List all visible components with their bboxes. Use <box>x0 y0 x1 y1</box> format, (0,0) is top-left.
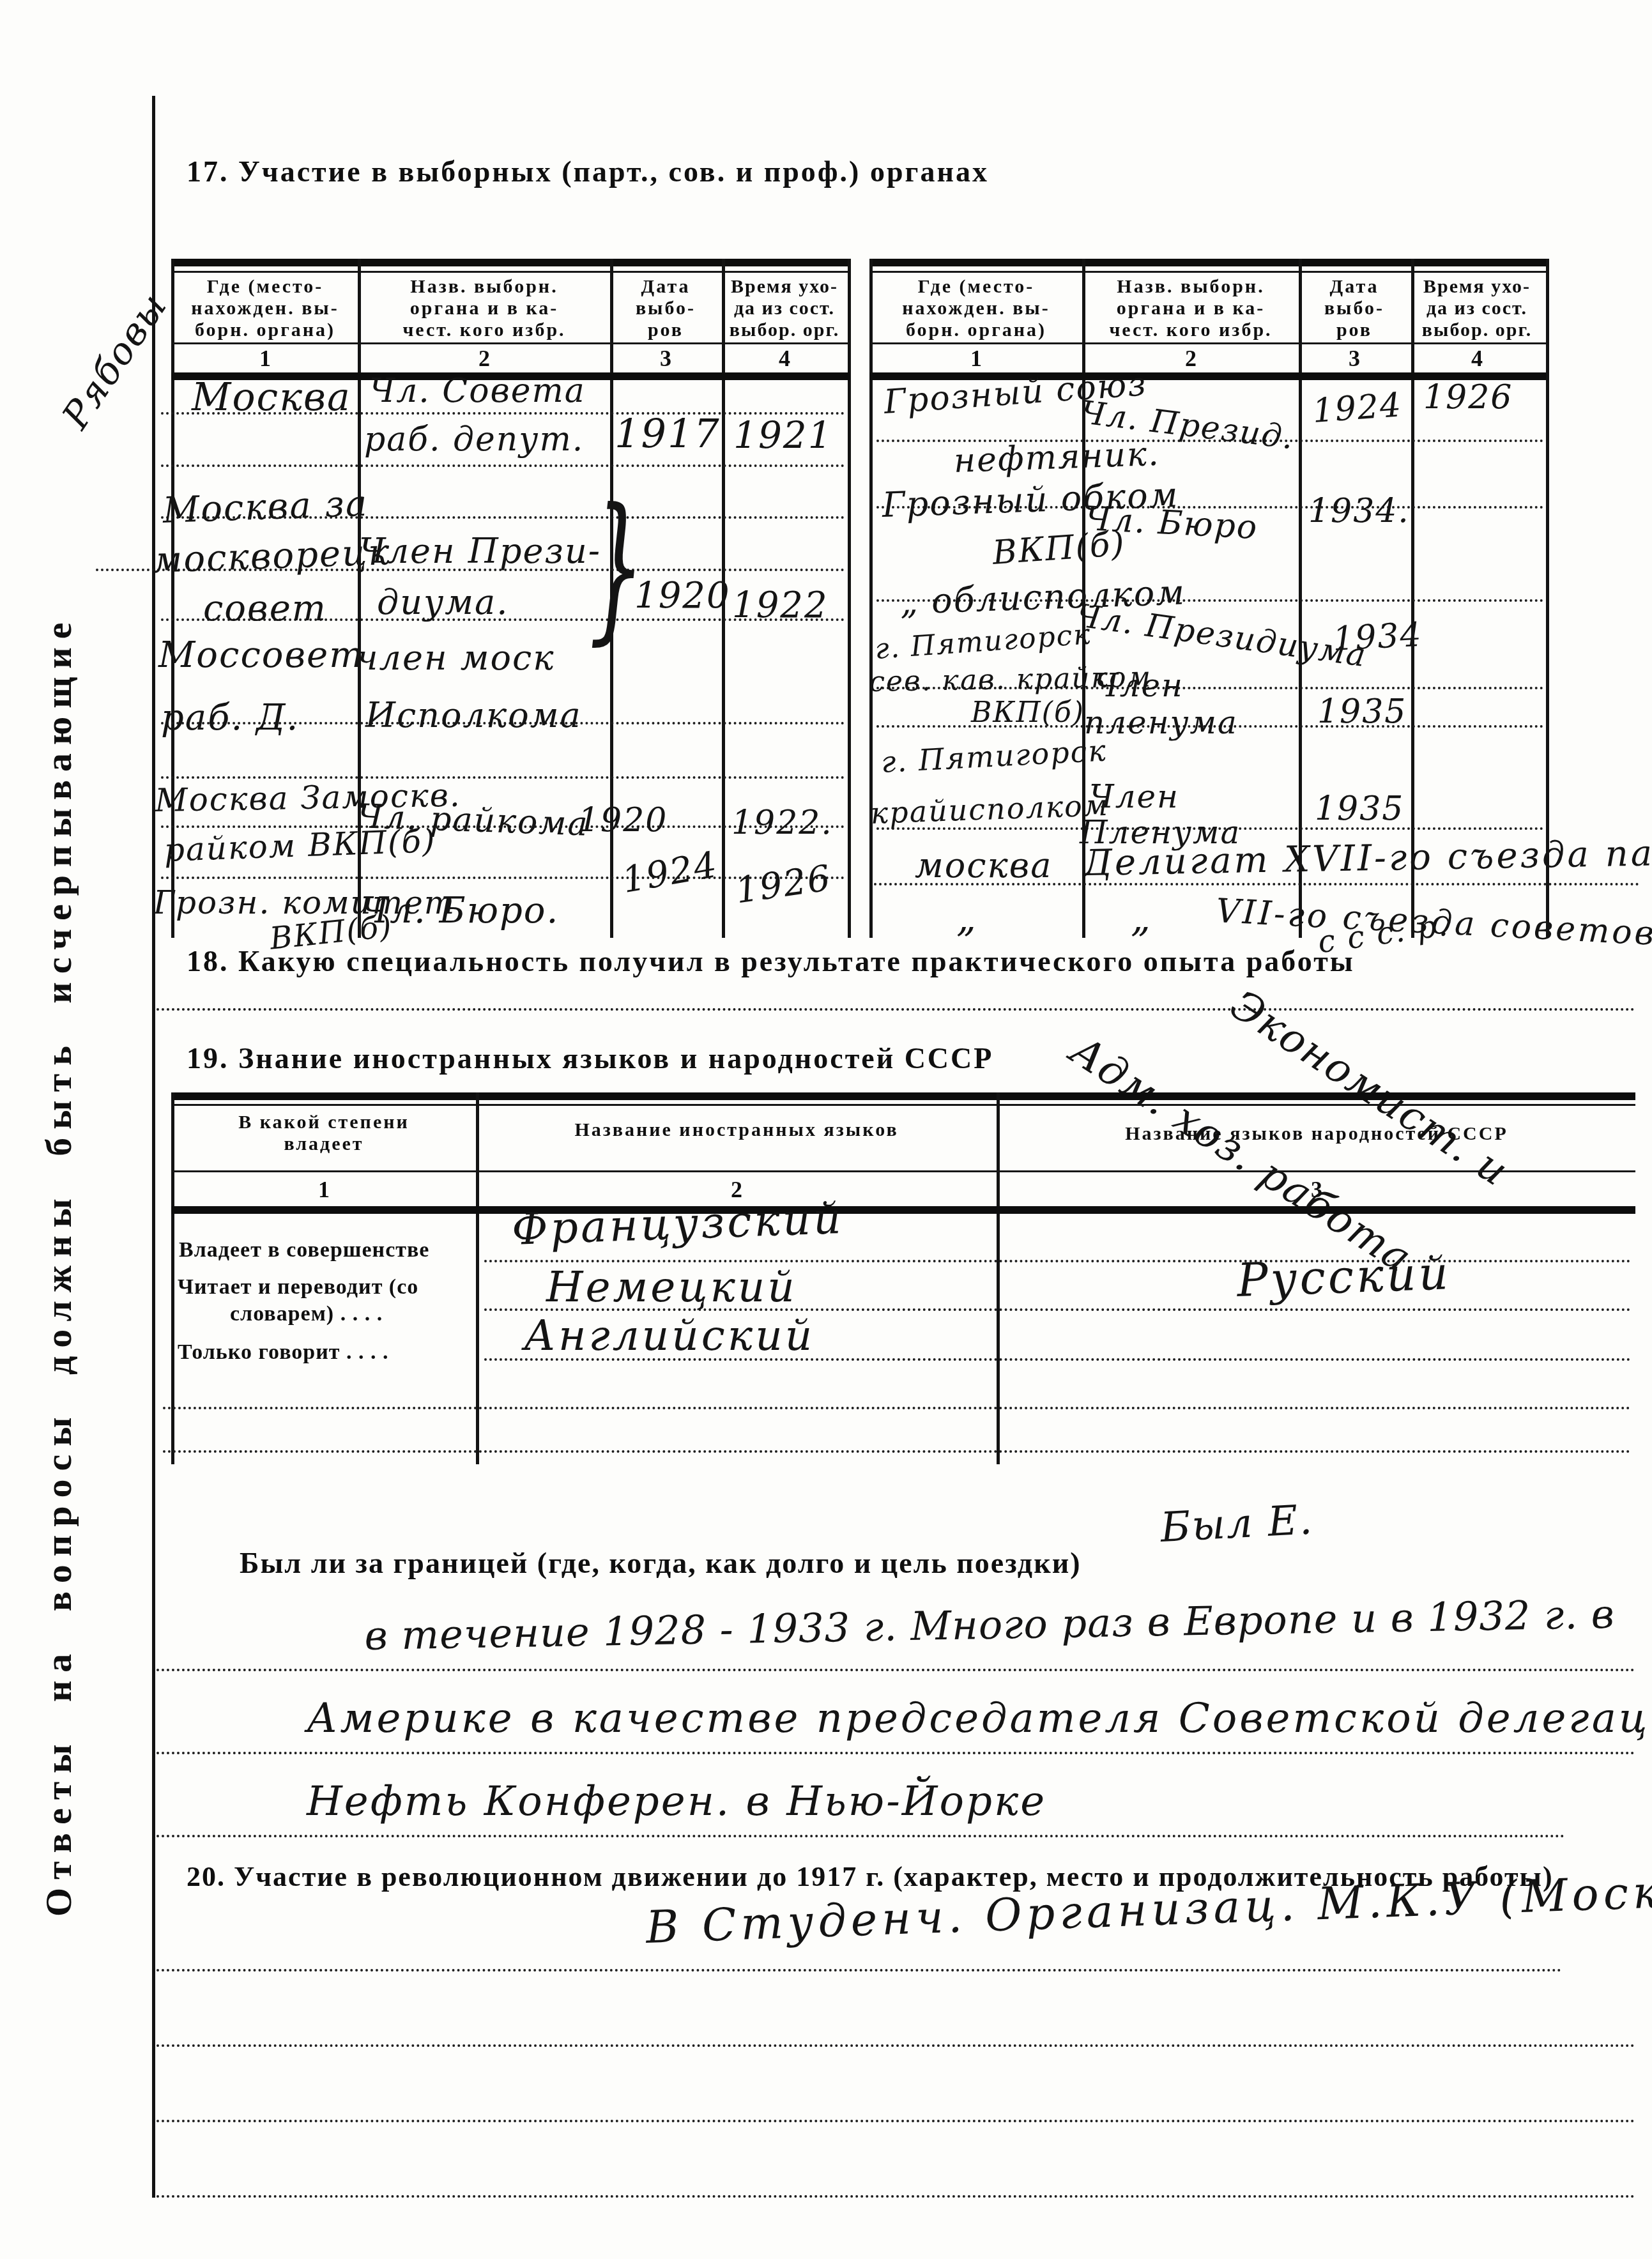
rule <box>157 1008 1635 1011</box>
language-entry-english: Английский <box>524 1315 815 1357</box>
t19-colnum-1: 1 <box>175 1177 473 1203</box>
scanned-form-page: Ответы на вопросы должны быть исчерпываю… <box>0 0 1652 2259</box>
degree-label-3: Только говорит . . . . <box>178 1340 388 1365</box>
entry-r4-role-a: Член <box>1094 670 1184 701</box>
entry-l4-date: 1920 <box>578 804 668 837</box>
t17l-colnum-3: 3 <box>612 346 719 372</box>
entry-r4-role-b: пленума <box>1084 707 1238 739</box>
rule <box>171 259 850 266</box>
degree-label-1: Владеет в совершенстве <box>179 1238 429 1262</box>
t19-colnum-3: 3 <box>1000 1177 1633 1203</box>
entry-r2-role: Чл. Бюро <box>1084 502 1258 544</box>
entry-r6-role: Делигат XVII-го съезда партии <box>1083 834 1652 882</box>
t17l-colnum-2: 2 <box>362 346 607 372</box>
entry-r6-place: москва <box>915 848 1052 883</box>
entry-r7-role: „ <box>1131 900 1152 938</box>
ussr-language-entry: Русский <box>1236 1250 1451 1303</box>
entry-r4-place-c: ВКП(б) <box>971 699 1085 727</box>
entry-r5-date: 1935 <box>1315 792 1404 825</box>
entry-l3-place-b: раб. Д. <box>161 700 299 736</box>
entry-l1-place: Москва <box>192 378 351 417</box>
section19-title: 19. Знание иностранных языков и народнос… <box>187 1041 993 1075</box>
brace-mark: } <box>589 487 646 647</box>
t19-header-col3: Название языков народностей СССР <box>1000 1123 1633 1145</box>
entry-l2-role-a: Член Прези- <box>359 534 601 569</box>
abroad-question: Был ли за границей (где, когда, как долг… <box>240 1546 1081 1580</box>
t17r-header-col1: Где (место- нахожден. вы- борн. органа) <box>873 276 1079 342</box>
entry-l1-date: 1917 <box>615 414 721 454</box>
t17r-colnum-3: 3 <box>1301 346 1408 372</box>
entry-l1-role-b: раб. депут. <box>364 423 584 456</box>
entry-r2-date: 1934. <box>1308 494 1410 528</box>
language-entry-german: Немецкий <box>546 1266 797 1308</box>
degree-label-2b: словарем) . . . . <box>230 1302 383 1326</box>
t17r-header-col2: Назв. выборн. органа и в ка- чест. кого … <box>1086 276 1296 342</box>
entry-l2-place-b: москворецк <box>152 535 391 579</box>
entry-l3-role-b: Исполкома <box>365 698 582 733</box>
margin-vertical-note: Ответы на вопросы должны быть исчерпываю… <box>37 615 80 1917</box>
rule <box>157 1969 1562 1972</box>
t19-header-col2: Название иностранных языков <box>480 1119 993 1141</box>
rule <box>171 1170 1635 1172</box>
entry-l3-place-a: Моссовет <box>158 638 364 673</box>
rule <box>157 1669 1635 1671</box>
margin-handwritten-name: Рябовы <box>56 286 173 434</box>
abroad-answer-line3: Нефть Конферен. в Нью-Йорке <box>307 1781 1046 1822</box>
rule <box>157 2195 1635 2198</box>
entry-l5-date: 1924 <box>620 847 721 899</box>
entry-r5-place-a: г. Пятигорск <box>880 735 1108 776</box>
rule <box>171 1104 1635 1106</box>
t17r-colnum-1: 1 <box>873 346 1079 372</box>
entry-l5-leave: 1926 <box>733 861 834 909</box>
t17l-header-col4: Время ухо- да из сост. выбор. орг. <box>724 276 845 342</box>
rule <box>848 259 851 938</box>
entry-l2-leave: 1922 <box>732 588 829 624</box>
margin-rule <box>152 96 155 2198</box>
rule <box>157 1835 1565 1837</box>
section18-title: 18. Какую специальность получил в резуль… <box>187 944 1355 978</box>
entry-l2-date: 1920 <box>634 578 731 614</box>
entry-r3-date: 1934 <box>1332 618 1423 656</box>
t17l-header-col2: Назв. выборн. органа и в ка- чест. кого … <box>362 276 607 342</box>
t17l-colnum-4: 4 <box>724 346 845 372</box>
degree-label-2a: Читает и переводит (со <box>178 1275 418 1299</box>
rule <box>161 464 845 467</box>
t17r-colnum-4: 4 <box>1413 346 1541 372</box>
abroad-answer-line2: Америке в качестве председателя Советско… <box>307 1698 1652 1739</box>
rule <box>171 271 850 273</box>
entry-l2-role-b: диума. <box>377 585 509 620</box>
t17r-header-col4: Время ухо- да из сост. выбор. орг. <box>1413 276 1541 342</box>
rule <box>869 342 1546 344</box>
entry-r4-date: 1935 <box>1317 695 1407 728</box>
rule <box>869 271 1548 273</box>
section17-title: 17. Участие в выборных (парт., сов. и пр… <box>187 155 989 188</box>
t17l-header-col3: Дата выбо- ров <box>612 276 719 342</box>
entry-r1-leave: 1926 <box>1423 381 1513 414</box>
rule <box>157 2044 1635 2047</box>
entry-r1-date: 1924 <box>1312 388 1403 428</box>
entry-l5-role: Чл. Бюро. <box>361 893 559 929</box>
t19-header-col1: В какой степени владеет <box>175 1112 473 1155</box>
rule <box>869 259 873 938</box>
rule <box>869 259 1548 266</box>
entry-l1-role-a: Чл. Совета <box>369 374 586 408</box>
rule <box>163 1407 1631 1409</box>
entry-l2-place-a: Москва за <box>162 486 369 529</box>
entry-r7-place: „ <box>956 900 977 938</box>
rule <box>171 1092 1635 1100</box>
rule <box>163 1450 1631 1453</box>
rule <box>157 2120 1635 2122</box>
t17r-header-col3: Дата выбо- ров <box>1301 276 1408 342</box>
t17l-colnum-1: 1 <box>175 346 355 372</box>
entry-r4-place-a: г. Пятигорск <box>874 620 1092 664</box>
rule <box>157 1752 1635 1754</box>
language-entry-french: Французский <box>511 1197 845 1252</box>
abroad-mark: Был Е. <box>1159 1499 1314 1548</box>
rule <box>161 776 845 779</box>
t17l-header-col1: Где (место- нахожден. вы- борн. органа) <box>175 276 355 342</box>
entry-r5-role-a: Член <box>1089 781 1179 813</box>
entry-l2-place-c: совет <box>203 591 327 627</box>
rule <box>171 1206 1635 1214</box>
entry-r5-place-b: крайисполком <box>870 790 1110 828</box>
abroad-answer-line1: в течение 1928 - 1933 г. Много раз в Евр… <box>364 1595 1615 1656</box>
entry-r1-place-b: нефтяник. <box>953 438 1160 478</box>
entry-l4-leave: 1922. <box>731 806 833 839</box>
entry-l3-role-a: член моск <box>356 641 554 675</box>
entry-l4-role: Чл. райкома <box>356 800 589 841</box>
rule <box>171 342 850 344</box>
entry-l1-leave: 1921 <box>733 417 833 454</box>
